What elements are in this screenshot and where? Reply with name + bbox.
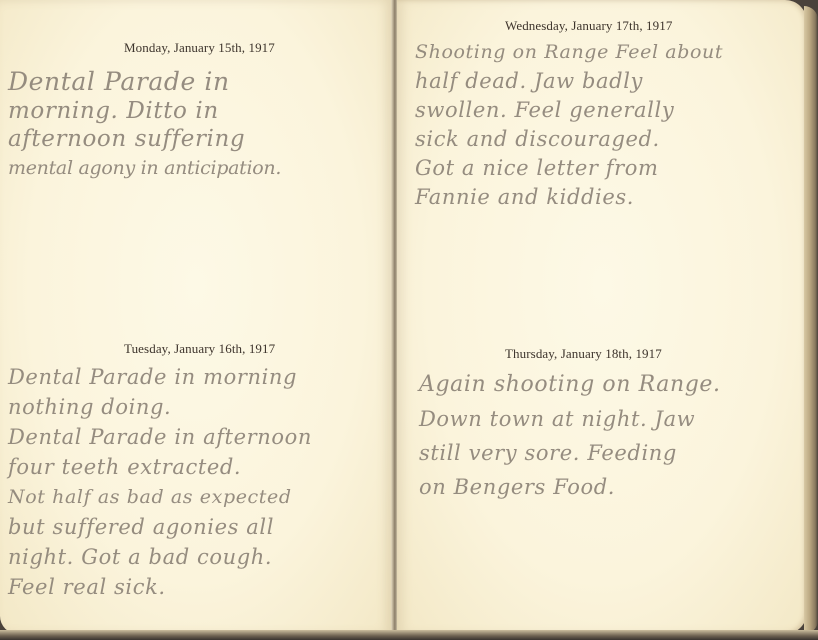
handwritten-line: four teeth extracted. [8,452,312,482]
left-page: Monday, January 15th, 1917 Dental Parade… [0,0,392,634]
entry-date: Wednesday, January 17th, 1917 [505,18,672,34]
entry-date: Tuesday, January 16th, 1917 [124,341,275,357]
handwritten-line: afternoon suffering [8,125,281,154]
handwritten-line: Dental Parade in morning [8,362,312,392]
handwritten-line: Dental Parade in [8,68,281,97]
handwritten-line: still very sore. Feeding [419,436,721,470]
entry-handwriting: Again shooting on Range. Down town at ni… [419,368,721,504]
entry-date: Thursday, January 18th, 1917 [505,346,662,362]
entry-handwriting: Dental Parade in morning nothing doing. … [8,362,312,602]
handwritten-line: night. Got a bad cough. [8,542,312,572]
handwritten-line: swollen. Feel generally [415,96,723,125]
diary-spread: Monday, January 15th, 1917 Dental Parade… [0,0,818,640]
entry-handwriting: Shooting on Range Feel about half dead. … [415,38,723,212]
handwritten-line: nothing doing. [8,392,312,422]
entry-handwriting: Dental Parade in morning. Ditto in after… [8,68,281,182]
handwritten-line: mental agony in anticipation. [8,154,281,183]
handwritten-line: Feel real sick. [8,572,312,602]
handwritten-line: Dental Parade in afternoon [8,422,312,452]
handwritten-line: half dead. Jaw badly [415,67,723,96]
right-page: Wednesday, January 17th, 1917 Shooting o… [397,0,807,634]
handwritten-line: sick and discouraged. [415,125,723,154]
handwritten-line: Shooting on Range Feel about [415,38,723,67]
handwritten-line: but suffered agonies all [8,512,312,542]
handwritten-line: Again shooting on Range. [419,368,721,402]
handwritten-line: Got a nice letter from [415,154,723,183]
handwritten-line: morning. Ditto in [8,97,281,126]
handwritten-line: Fannie and kiddies. [415,183,723,212]
handwritten-line: on Bengers Food. [419,470,721,504]
handwritten-line: Not half as bad as expected [8,482,312,512]
entry-date: Monday, January 15th, 1917 [124,40,275,56]
handwritten-line: Down town at night. Jaw [419,402,721,436]
cover-bottom-edge [0,630,818,640]
page-edges [804,6,818,634]
